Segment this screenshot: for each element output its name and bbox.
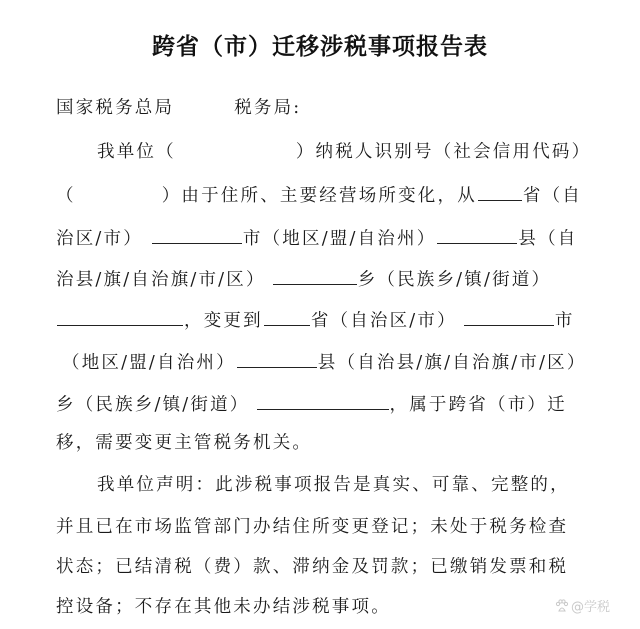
from-county-blank[interactable] (437, 225, 517, 244)
from-township-blank[interactable] (273, 266, 357, 285)
from-city-blank[interactable] (152, 225, 242, 244)
body-line-8: 移，需要变更主管税务机关。 (56, 431, 606, 455)
declaration-line-3: 状态；已结清税（费）款、滞纳金及罚款；已缴销发票和税 (56, 555, 606, 579)
body-line-1: 我单位（）纳税人识别号（社会信用代码） (97, 140, 617, 164)
addressee-line: 国家税务总局税务局: (56, 96, 606, 120)
addressee-tax-bureau: 国家税务总局 (56, 98, 174, 118)
body-line-2: （）由于住所、主要经营场所变化，从省（自 (56, 182, 606, 208)
watermark: @学税 (555, 596, 610, 615)
to-county-blank[interactable] (237, 349, 317, 368)
to-city-blank[interactable] (464, 307, 554, 326)
body-line-3: 治区/市）市（地区/盟/自治州）县（自 (56, 225, 606, 251)
to-township-street-blank[interactable] (257, 391, 389, 410)
declaration-line-2: 并且已在市场监管部门办结住所变更登记；未处于税务检查 (56, 515, 606, 539)
declaration-line-4: 控设备；不存在其他未办结涉税事项。 (56, 595, 606, 619)
body-line-5: ，变更到省（自治区/市）市 (56, 307, 606, 333)
to-province-blank[interactable] (264, 307, 310, 326)
addressee-local-bureau: 税务局: (234, 98, 301, 118)
document-title: 跨省（市）迁移涉税事项报告表 (0, 28, 640, 61)
watermark-text: @学税 (571, 596, 610, 615)
from-province-blank[interactable] (478, 182, 522, 201)
baidu-paw-icon (555, 599, 569, 613)
declaration-line-1: 我单位声明：此涉税事项报告是真实、可靠、完整的， (97, 473, 617, 497)
from-street-blank[interactable] (57, 307, 183, 326)
body-line-4: 治县/旗/自治旗/市/区）乡（民族乡/镇/街道） (56, 266, 606, 292)
body-line-6: （地区/盟/自治州）县（自治县/旗/自治旗/市/区） (62, 349, 612, 375)
body-line-7: 乡（民族乡/镇/街道），属于跨省（市）迁 (56, 391, 606, 417)
